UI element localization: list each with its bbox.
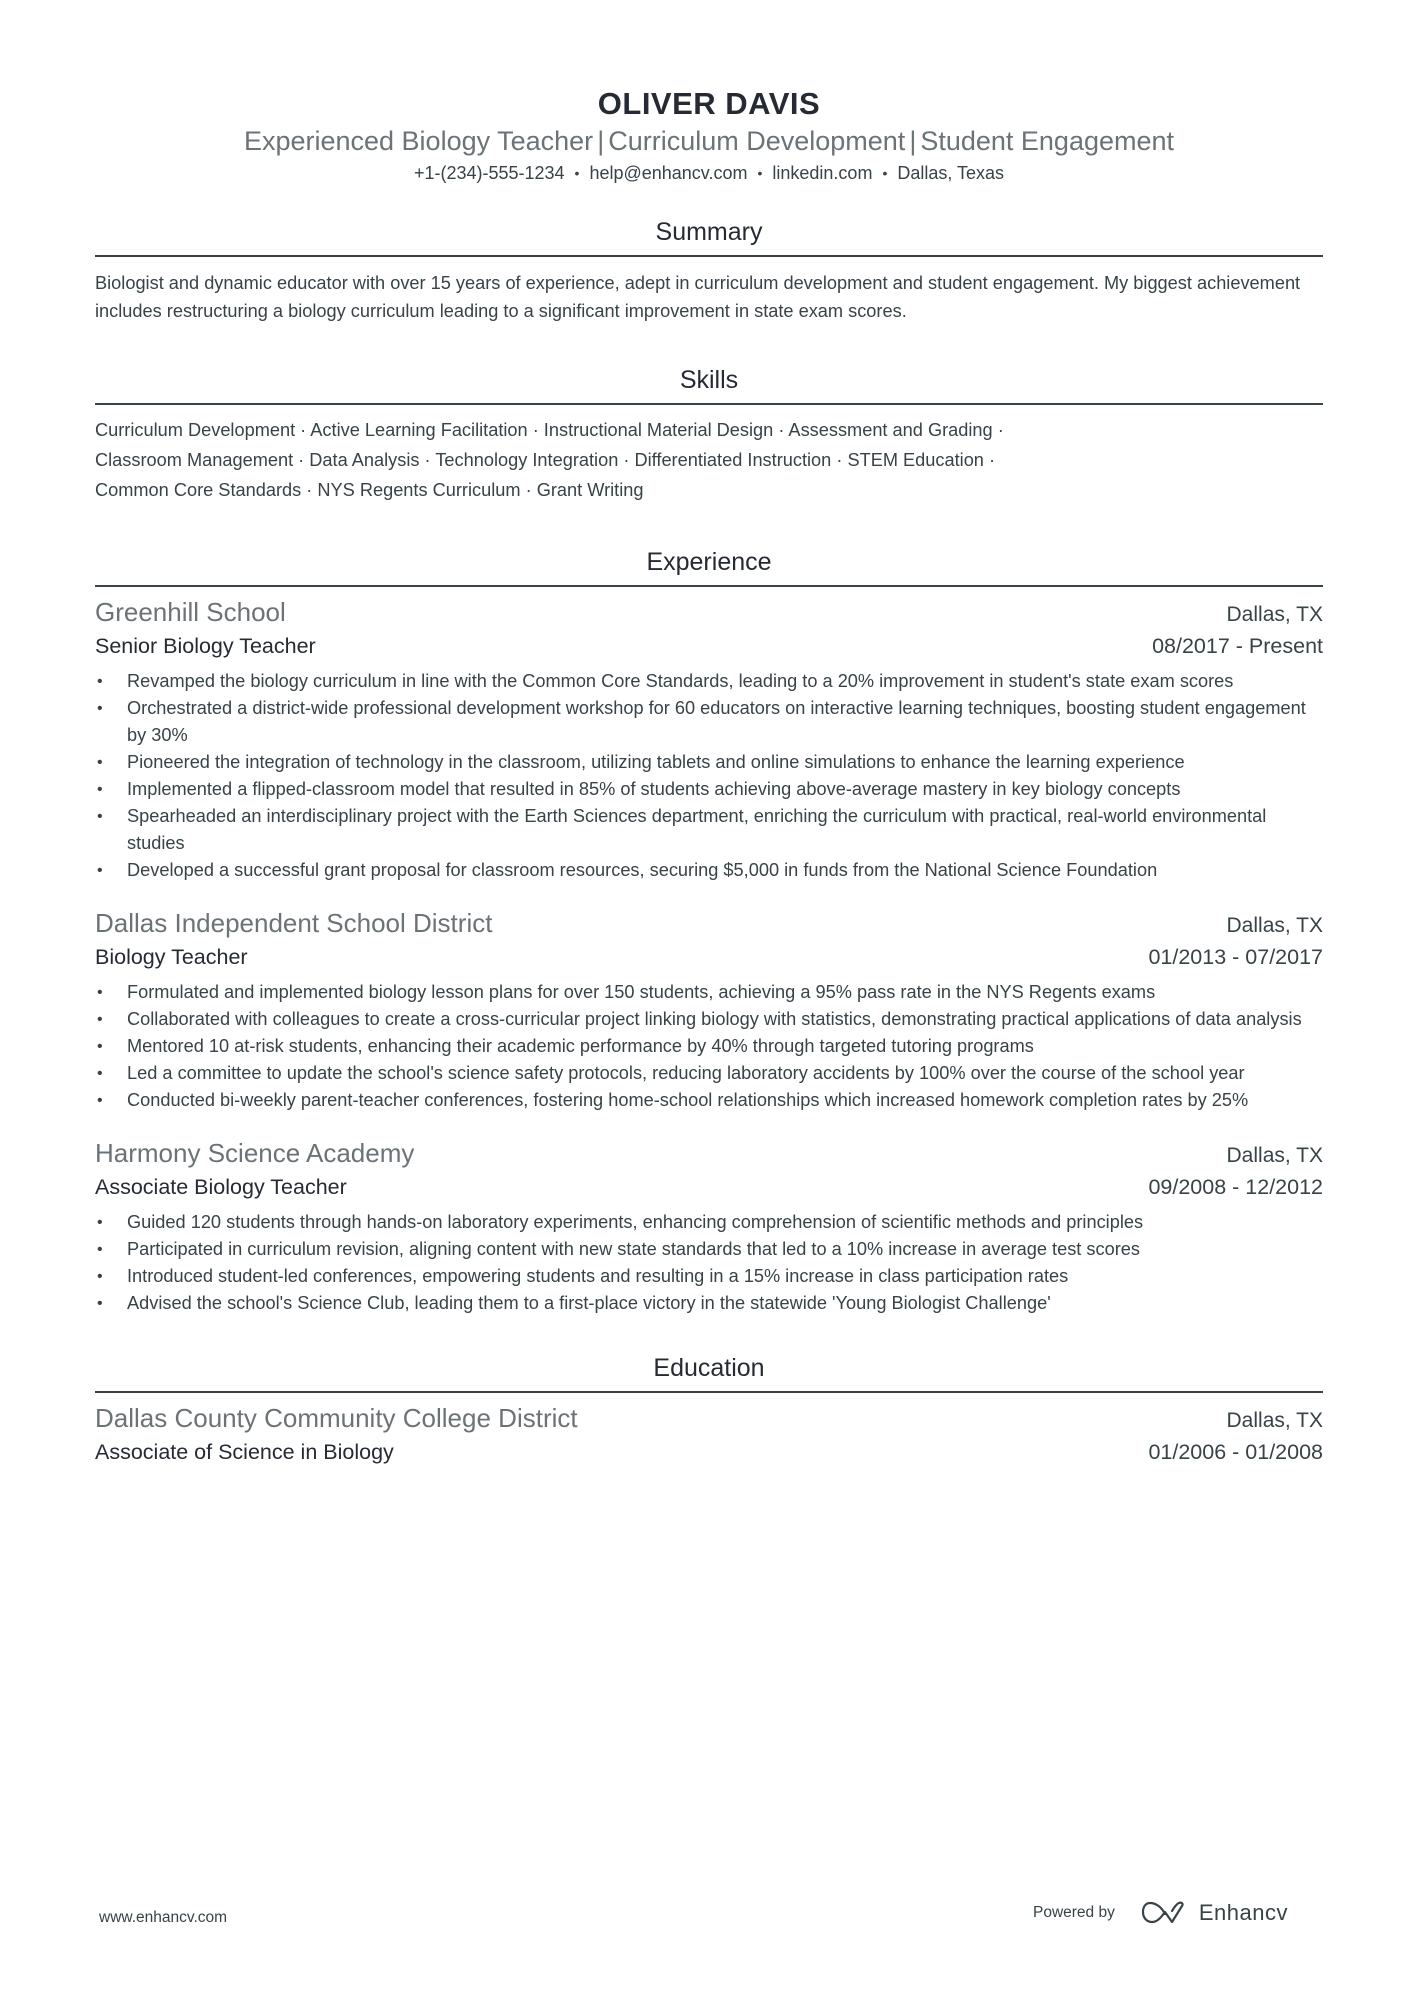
date-range: 01/2006 - 01/2008: [1148, 1436, 1323, 1468]
achievement-bullet: Orchestrated a district-wide professiona…: [95, 695, 1323, 749]
organization: Greenhill School: [95, 595, 286, 629]
candidate-name: OLIVER DAVIS: [95, 84, 1323, 124]
email-link[interactable]: help@enhancv.com: [589, 163, 747, 183]
linkedin-link[interactable]: linkedin.com: [772, 163, 872, 183]
achievement-bullet: Conducted bi-weekly parent-teacher confe…: [95, 1087, 1323, 1114]
education-section: Education Dallas County Community Colleg…: [95, 1351, 1323, 1468]
achievement-bullet: Collaborated with colleagues to create a…: [95, 1006, 1323, 1033]
headline-part: Curriculum Development: [608, 126, 905, 156]
achievement-bullet: Guided 120 students through hands-on lab…: [95, 1209, 1323, 1236]
contact-separator: •: [565, 165, 590, 181]
location: Dallas, Texas: [897, 163, 1004, 183]
headline-part: Student Engagement: [920, 126, 1174, 156]
section-heading: Skills: [95, 363, 1323, 405]
achievement-bullet: Participated in curriculum revision, ali…: [95, 1236, 1323, 1263]
enhancv-brand: Enhancv: [1199, 1900, 1288, 1926]
job-title: Biology Teacher: [95, 941, 248, 973]
achievement-bullet: Implemented a flipped-classroom model th…: [95, 776, 1323, 803]
achievement-list: Formulated and implemented biology lesso…: [95, 979, 1323, 1114]
phone[interactable]: +1-(234)-555-1234: [414, 163, 565, 183]
achievement-bullet: Pioneered the integration of technology …: [95, 749, 1323, 776]
summary-text: Biologist and dynamic educator with over…: [95, 269, 1323, 325]
achievement-bullet: Advised the school's Science Club, leadi…: [95, 1290, 1323, 1317]
skills-list: Curriculum Development · Active Learning…: [95, 415, 1323, 505]
institution: Dallas County Community College District: [95, 1401, 578, 1435]
job-title: Associate Biology Teacher: [95, 1171, 347, 1203]
achievement-bullet: Mentored 10 at-risk students, enhancing …: [95, 1033, 1323, 1060]
date-range: 01/2013 - 07/2017: [1148, 941, 1323, 973]
skills-line: Common Core Standards · NYS Regents Curr…: [95, 475, 1323, 505]
headline-part: Experienced Biology Teacher: [244, 126, 593, 156]
powered-by-label: Powered by: [1033, 1904, 1115, 1922]
headline: Experienced Biology Teacher|Curriculum D…: [95, 123, 1323, 159]
experience-section: Experience Greenhill School Dallas, TX S…: [95, 545, 1323, 1317]
organization: Dallas Independent School District: [95, 906, 492, 940]
headline-separator: |: [593, 126, 608, 156]
entry-location: Dallas, TX: [1227, 1406, 1323, 1436]
footer-website-link[interactable]: www.enhancv.com: [99, 1909, 227, 1927]
contact-separator: •: [872, 165, 897, 181]
experience-entry: Greenhill School Dallas, TX Senior Biolo…: [95, 595, 1323, 884]
achievement-bullet: Revamped the biology curriculum in line …: [95, 668, 1323, 695]
section-heading: Experience: [95, 545, 1323, 587]
job-title: Senior Biology Teacher: [95, 630, 316, 662]
experience-entry: Dallas Independent School District Dalla…: [95, 906, 1323, 1114]
skills-section: Skills Curriculum Development · Active L…: [95, 363, 1323, 505]
date-range: 08/2017 - Present: [1152, 630, 1323, 662]
entry-location: Dallas, TX: [1227, 600, 1323, 630]
section-heading: Summary: [95, 215, 1323, 257]
resume-page: OLIVER DAVIS Experienced Biology Teacher…: [95, 0, 1323, 1468]
powered-by-badge[interactable]: Powered by Enhancv: [1033, 1900, 1288, 1926]
skills-line: Classroom Management · Data Analysis · T…: [95, 445, 1323, 475]
achievement-list: Guided 120 students through hands-on lab…: [95, 1209, 1323, 1317]
contact-line: +1-(234)-555-1234•help@enhancv.com•linke…: [95, 160, 1323, 187]
organization: Harmony Science Academy: [95, 1136, 414, 1170]
achievement-bullet: Introduced student-led conferences, empo…: [95, 1263, 1323, 1290]
achievement-bullet: Led a committee to update the school's s…: [95, 1060, 1323, 1087]
achievement-bullet: Developed a successful grant proposal fo…: [95, 857, 1323, 884]
contact-separator: •: [747, 165, 772, 181]
summary-section: Summary Biologist and dynamic educator w…: [95, 215, 1323, 325]
achievement-list: Revamped the biology curriculum in line …: [95, 668, 1323, 884]
resume-header: OLIVER DAVIS Experienced Biology Teacher…: [95, 0, 1323, 187]
enhancv-infinity-heart-icon: [1141, 1900, 1189, 1926]
achievement-bullet: Formulated and implemented biology lesso…: [95, 979, 1323, 1006]
degree: Associate of Science in Biology: [95, 1436, 394, 1468]
achievement-bullet: Spearheaded an interdisciplinary project…: [95, 803, 1323, 857]
headline-separator: |: [905, 126, 920, 156]
section-heading: Education: [95, 1351, 1323, 1393]
experience-entry: Harmony Science Academy Dallas, TX Assoc…: [95, 1136, 1323, 1317]
skills-line: Curriculum Development · Active Learning…: [95, 415, 1323, 445]
date-range: 09/2008 - 12/2012: [1148, 1171, 1323, 1203]
education-entry: Dallas County Community College District…: [95, 1401, 1323, 1468]
entry-location: Dallas, TX: [1227, 911, 1323, 941]
entry-location: Dallas, TX: [1227, 1141, 1323, 1171]
